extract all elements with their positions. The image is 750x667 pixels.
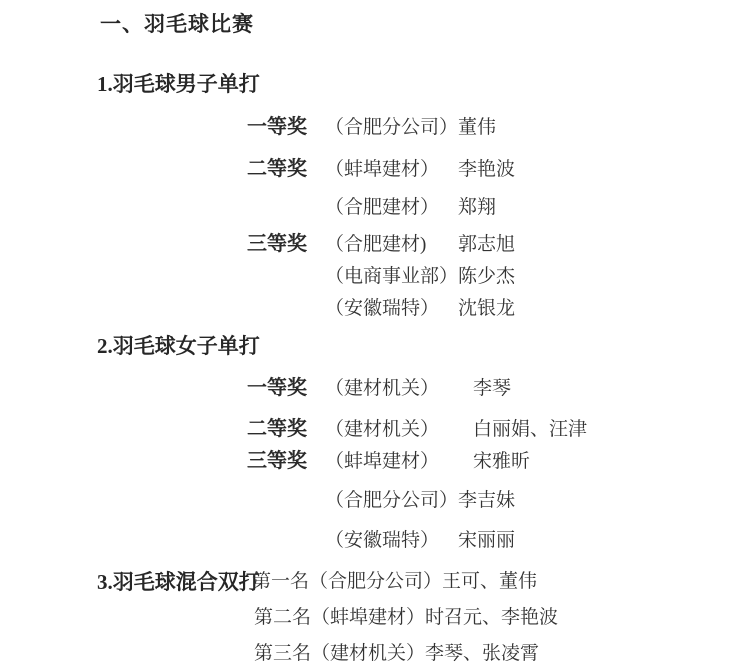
award-tier-label: 二等奖 (247, 152, 325, 181)
award-row: （安徽瑞特）沈银龙 (247, 293, 515, 320)
award-tier-label: 一等奖 (247, 110, 325, 139)
document-page: 一、羽毛球比赛 1.羽毛球男子单打 一等奖（合肥分公司）董伟 二等奖（蚌埠建材）… (0, 0, 750, 667)
award-row: 一等奖（建材机关）李琴 (247, 371, 511, 400)
award-tier-label: 一等奖 (247, 371, 325, 400)
winner-name: 陈少杰 (458, 261, 515, 288)
winner-name: 时召元、李艳波 (425, 607, 558, 628)
rank-row: 第二名（蚌埠建材）时召元、李艳波 (254, 602, 558, 629)
rank-row: 第一名（合肥分公司）王可、董伟 (252, 566, 537, 593)
group-label: （合肥分公司） (325, 112, 458, 139)
winner-name: 宋丽丽 (458, 525, 515, 552)
rank-row: 第三名（建材机关）李琴、张凌霄 (254, 638, 539, 665)
section-2-heading: 2.羽毛球女子单打 (97, 330, 260, 360)
group-label: （蚌埠建材） (311, 607, 425, 628)
section-1-heading: 1.羽毛球男子单打 (97, 68, 260, 98)
award-row: （安徽瑞特）宋丽丽 (247, 525, 515, 552)
award-row: 二等奖（建材机关）白丽娟、汪津 (247, 412, 587, 441)
winner-name: 宋雅昕 (473, 446, 530, 473)
award-row: 二等奖（蚌埠建材）李艳波 (247, 152, 515, 181)
group-label: （蚌埠建材） (325, 446, 473, 473)
group-label: （安徽瑞特） (325, 525, 458, 552)
group-label: （安徽瑞特） (325, 293, 458, 320)
award-row: 一等奖（合肥分公司）董伟 (247, 110, 496, 139)
group-label: （建材机关） (325, 373, 473, 400)
group-label: （合肥建材) (325, 229, 458, 256)
group-label: （合肥分公司） (309, 571, 442, 592)
winner-name: 董伟 (458, 112, 496, 139)
award-row: 三等奖（合肥建材)郭志旭 (247, 227, 515, 256)
winner-name: 沈银龙 (458, 293, 515, 320)
winner-name: 王可、董伟 (442, 571, 537, 592)
rank-label: 第三名 (254, 643, 311, 664)
document-title: 一、羽毛球比赛 (100, 8, 254, 38)
winner-name: 李吉妹 (458, 485, 515, 512)
award-row: 三等奖（蚌埠建材）宋雅昕 (247, 444, 530, 473)
award-row: （合肥建材）郑翔 (247, 192, 496, 219)
group-label: （合肥建材） (325, 192, 458, 219)
winner-name: 李琴 (473, 373, 511, 400)
group-label: （合肥分公司） (325, 485, 458, 512)
rank-label: 第二名 (254, 607, 311, 628)
section-3-heading: 3.羽毛球混合双打 (97, 566, 260, 596)
group-label: （蚌埠建材） (325, 154, 458, 181)
group-label: （电商事业部） (325, 261, 458, 288)
winner-name: 白丽娟、汪津 (473, 414, 587, 441)
award-tier-label: 三等奖 (247, 444, 325, 473)
award-row: （电商事业部）陈少杰 (247, 261, 515, 288)
winner-name: 郑翔 (458, 192, 496, 219)
group-label: （建材机关） (325, 414, 473, 441)
winner-name: 郭志旭 (458, 229, 515, 256)
rank-label: 第一名 (252, 571, 309, 592)
group-label: （建材机关） (311, 643, 425, 664)
award-row: （合肥分公司）李吉妹 (247, 485, 515, 512)
award-tier-label: 三等奖 (247, 227, 325, 256)
winner-name: 李艳波 (458, 154, 515, 181)
award-tier-label: 二等奖 (247, 412, 325, 441)
winner-name: 李琴、张凌霄 (425, 643, 539, 664)
